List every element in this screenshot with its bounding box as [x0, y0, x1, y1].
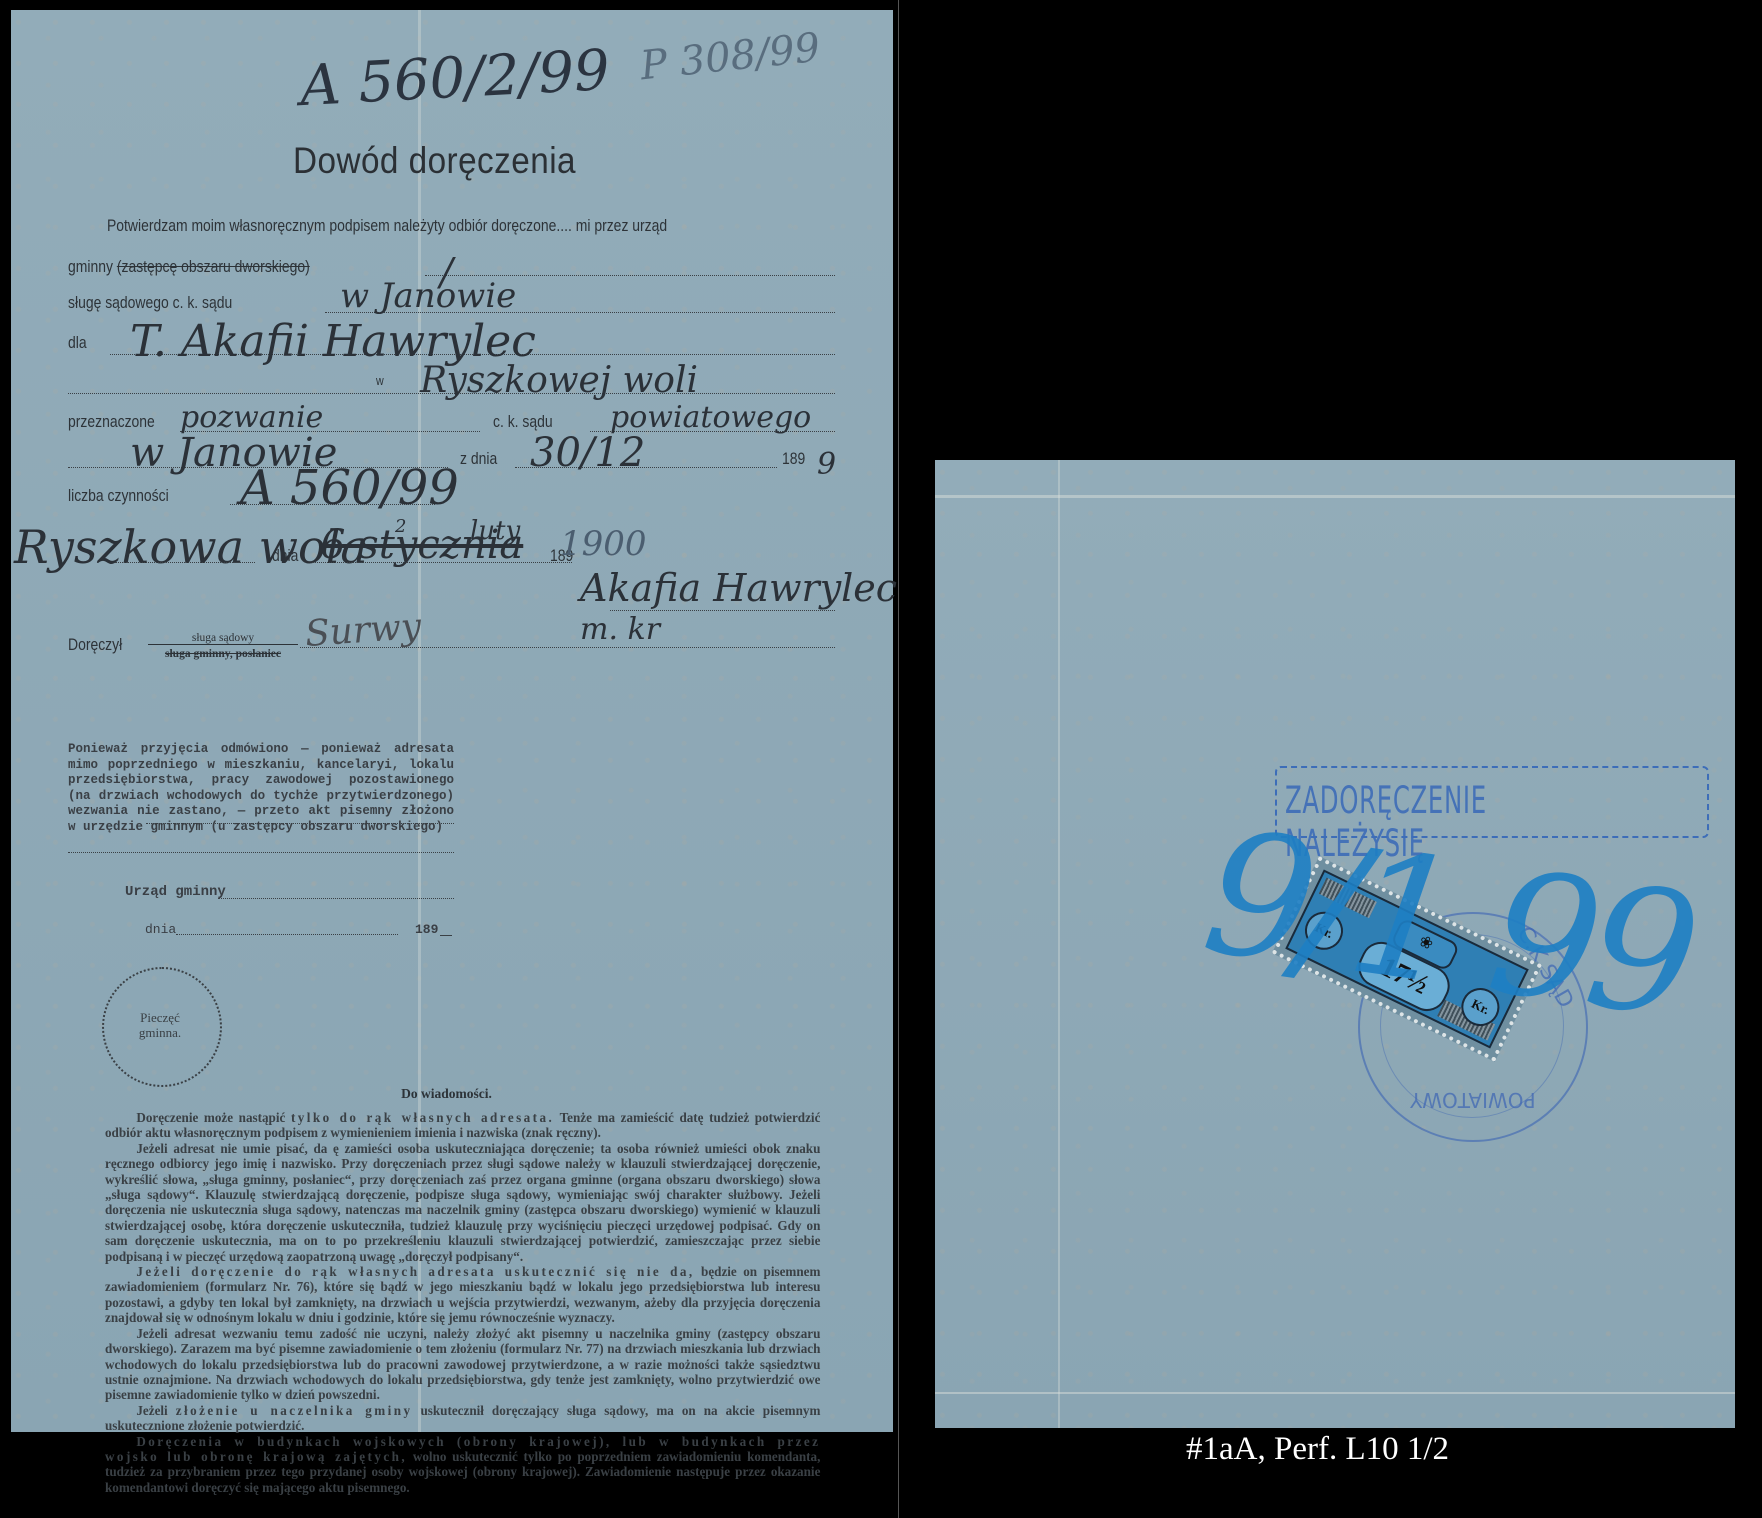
przeznaczone-label: przeznaczone	[68, 412, 155, 432]
dnia2-field-line	[176, 934, 398, 935]
panel-divider	[898, 0, 899, 1518]
place-handwritten-signature-line: Ryszkowa wola	[14, 520, 368, 574]
page-title: Dowód doręczenia	[293, 140, 576, 182]
notice-paragraph-6: Doręczenia w budynkach wojskowych (obron…	[105, 1434, 820, 1496]
doreczyl-option-court-servant: sługa sądowy	[148, 632, 298, 645]
gminny-text: gminny	[68, 257, 113, 276]
urzad-gminny-label: Urząd gminny	[125, 885, 226, 901]
notice-p5-a: Jeżeli	[136, 1403, 175, 1418]
fold-line-vertical-back	[1058, 460, 1060, 1428]
gminny-label: gminny (zastępcę obszaru dworskiego)	[68, 257, 310, 277]
place-field-line	[115, 562, 255, 563]
intro-line: Potwierdzam moim własnoręcznym podpisem …	[107, 216, 667, 236]
notice-p5-emphasis: złożenie u naczelnika gminy	[176, 1403, 413, 1418]
refusal-field-line-2	[68, 852, 454, 853]
year-handwritten-digit: 9	[817, 447, 836, 482]
doreczyl-field-line	[300, 647, 835, 648]
sluge-handwritten-value: w Janowie	[340, 276, 516, 316]
seal-label-line1: Pieczęć	[102, 1010, 218, 1025]
notice-p1-emphasis: tylko do rąk własnych adresata.	[291, 1110, 554, 1125]
stamp-caption: #1aA, Perf. L10 1/2	[1186, 1431, 1449, 1468]
z-dnia-handwritten-value: 30/12	[530, 430, 645, 476]
notice-p3-emphasis: Jeżeli doręczenie do rąk własnych adresa…	[136, 1264, 694, 1279]
dnia-correction-day: 2	[395, 516, 406, 537]
doreczyl-option-municipal: sługa gminny, posłaniec	[148, 648, 298, 660]
urzad-gminny-field-line	[218, 898, 454, 899]
gminny-struck-text: (zastępcę obszaru dworskiego)	[117, 257, 310, 276]
dnia-year-handwritten: 1900	[560, 524, 647, 564]
recipient-signature-mark: m. kr	[580, 612, 660, 647]
liczba-handwritten-value: A 560/99	[240, 460, 459, 516]
notice-paragraph-3: Jeżeli doręczenie do rąk własnych adresa…	[105, 1264, 820, 1326]
place-handwritten-value: Ryszkowej woli	[420, 360, 698, 401]
dnia-label: dnia	[272, 546, 298, 566]
z-dnia-label: z dnia	[460, 449, 497, 469]
liczba-label: liczba czynności	[68, 486, 169, 506]
fold-line-bottom	[935, 1392, 1735, 1394]
municipal-seal-label: Pieczęć gminna.	[102, 1010, 218, 1040]
dnia2-label: dnia	[145, 922, 176, 938]
notice-paragraph-4: Jeżeli adresat wezwaniu temu zadość nie …	[105, 1326, 820, 1403]
notice-paragraph-5: Jeżeli złożenie u naczelnika gminy uskut…	[105, 1403, 820, 1434]
recipient-signature: Akafia Hawrylec	[580, 566, 897, 610]
doreczyl-label: Doręczył	[68, 635, 122, 655]
seal-label-line2: gminna.	[102, 1025, 218, 1040]
dnia-correction-month: luty	[470, 516, 520, 546]
fold-line-top	[935, 495, 1735, 498]
recipient-signature-line	[610, 610, 835, 611]
dnia2-year-line	[440, 935, 452, 936]
notice-paragraph-1: Doręczenie może nastąpić tylko do rąk wł…	[105, 1110, 820, 1141]
year-prefix: 189	[782, 449, 805, 469]
court-seal-text-bottom: POWIATOWY	[1410, 1088, 1536, 1112]
sluge-label: sługę sądowego c. k. sądu	[68, 293, 232, 313]
notice-heading: Do wiadomości.	[0, 1086, 893, 1102]
notice-p1-a: Doręczenie może nastąpić	[136, 1110, 291, 1125]
refusal-paragraph: Ponieważ przyjęcia odmówiono — ponieważ …	[68, 742, 454, 835]
refusal-field-line-1	[146, 823, 454, 824]
dla-label: dla	[68, 333, 87, 353]
notice-paragraph-2: Jeżeli adresat nie umie pisać, da ę zami…	[105, 1141, 820, 1264]
w-label: w	[376, 373, 384, 388]
ck-sadu-label: c. k. sądu	[493, 412, 553, 432]
notice-body: Doręczenie może nastąpić tylko do rąk wł…	[105, 1110, 820, 1495]
dnia2-year-prefix: 189	[415, 922, 438, 938]
